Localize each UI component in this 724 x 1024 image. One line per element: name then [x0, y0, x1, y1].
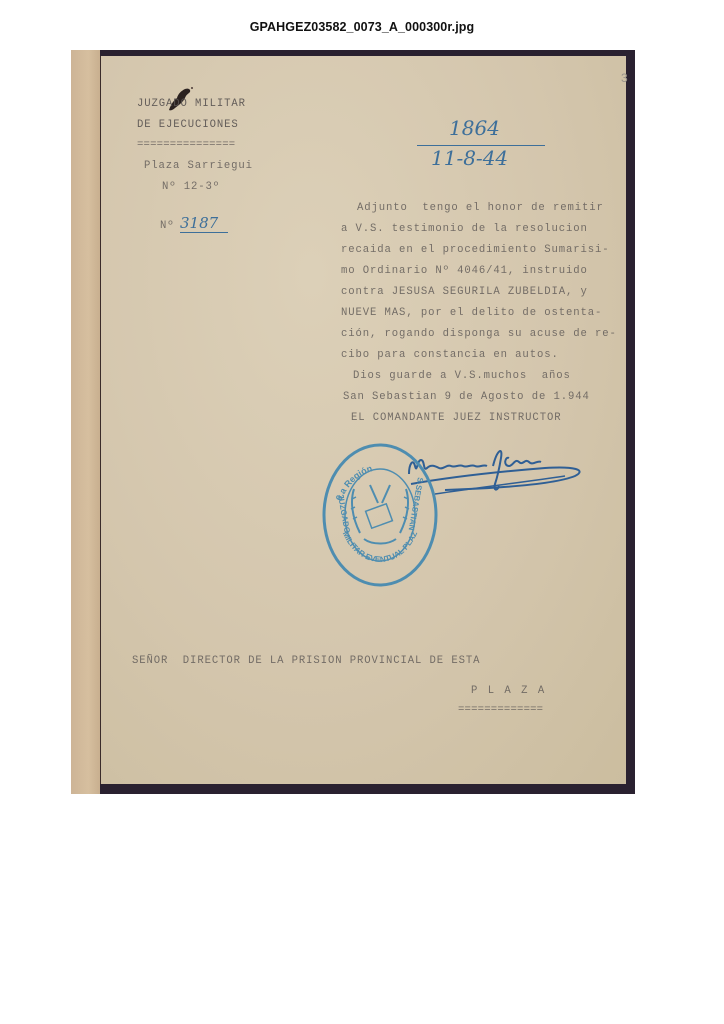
header-line-2: DE EJECUCIONES	[137, 119, 239, 131]
place-date: San Sebastian 9 de Agosto de 1.944	[343, 391, 590, 403]
body-line-4: mo Ordinario Nº 4046/41, instruido	[341, 265, 588, 277]
body-line-5: contra JESUSA SEGURILA ZUBELDIA, y	[341, 286, 588, 298]
official-stamp-icon: 6.a Región MILITAR EVENTUAL PLAZA de JUZ…	[320, 441, 440, 589]
addressee-rule: =============	[458, 704, 543, 716]
stamp-right-text: S.SEBASTIAN	[407, 477, 425, 532]
salutation: Dios guarde a V.S.muchos años	[353, 370, 571, 382]
registry-number: 1864	[449, 116, 500, 140]
svg-text:MILITAR EVENTUAL PLAZA de: MILITAR EVENTUAL PLAZA de	[320, 441, 419, 564]
addressee-line-2: P L A Z A	[471, 685, 546, 697]
registry-date: 11-8-44	[431, 146, 508, 170]
paper-sheet: 3 JUZGADO MILITAR DE EJECUCIONES =======…	[100, 56, 626, 784]
body-line-1: Adjunto tengo el honor de remitir	[357, 202, 604, 214]
body-line-2: a V.S. testimonio de la resolucion	[341, 223, 588, 235]
stamp-bottom-text: MILITAR EVENTUAL PLAZA de	[320, 441, 419, 564]
pencil-page-number: 3	[621, 71, 628, 85]
reference-label: Nº	[160, 220, 175, 232]
header-line-1: JUZGADO MILITAR	[137, 98, 246, 110]
header-line-3: Plaza Sarriegui	[144, 160, 253, 172]
header-line-4: Nº 12-3º	[162, 181, 220, 193]
signatory-title: EL COMANDANTE JUEZ INSTRUCTOR	[351, 412, 561, 424]
reference-number-handwritten: 3187	[180, 214, 228, 233]
stamp-left-text: JUZGADO	[336, 494, 352, 534]
file-title: GPAHGEZ03582_0073_A_000300r.jpg	[0, 20, 724, 34]
body-line-8: cibo para constancia en autos.	[341, 349, 559, 361]
scanned-document: 3 JUZGADO MILITAR DE EJECUCIONES =======…	[71, 50, 635, 794]
left-paper-strip	[71, 50, 100, 794]
addressee-line-1: SEÑOR DIRECTOR DE LA PRISION PROVINCIAL …	[132, 655, 480, 667]
body-line-6: NUEVE MAS, por el delito de ostenta-	[341, 307, 602, 319]
body-line-3: recaida en el procedimiento Sumarisi-	[341, 244, 610, 256]
header-rule: ===============	[137, 139, 235, 151]
body-line-7: ción, rogando disponga su acuse de re-	[341, 328, 617, 340]
